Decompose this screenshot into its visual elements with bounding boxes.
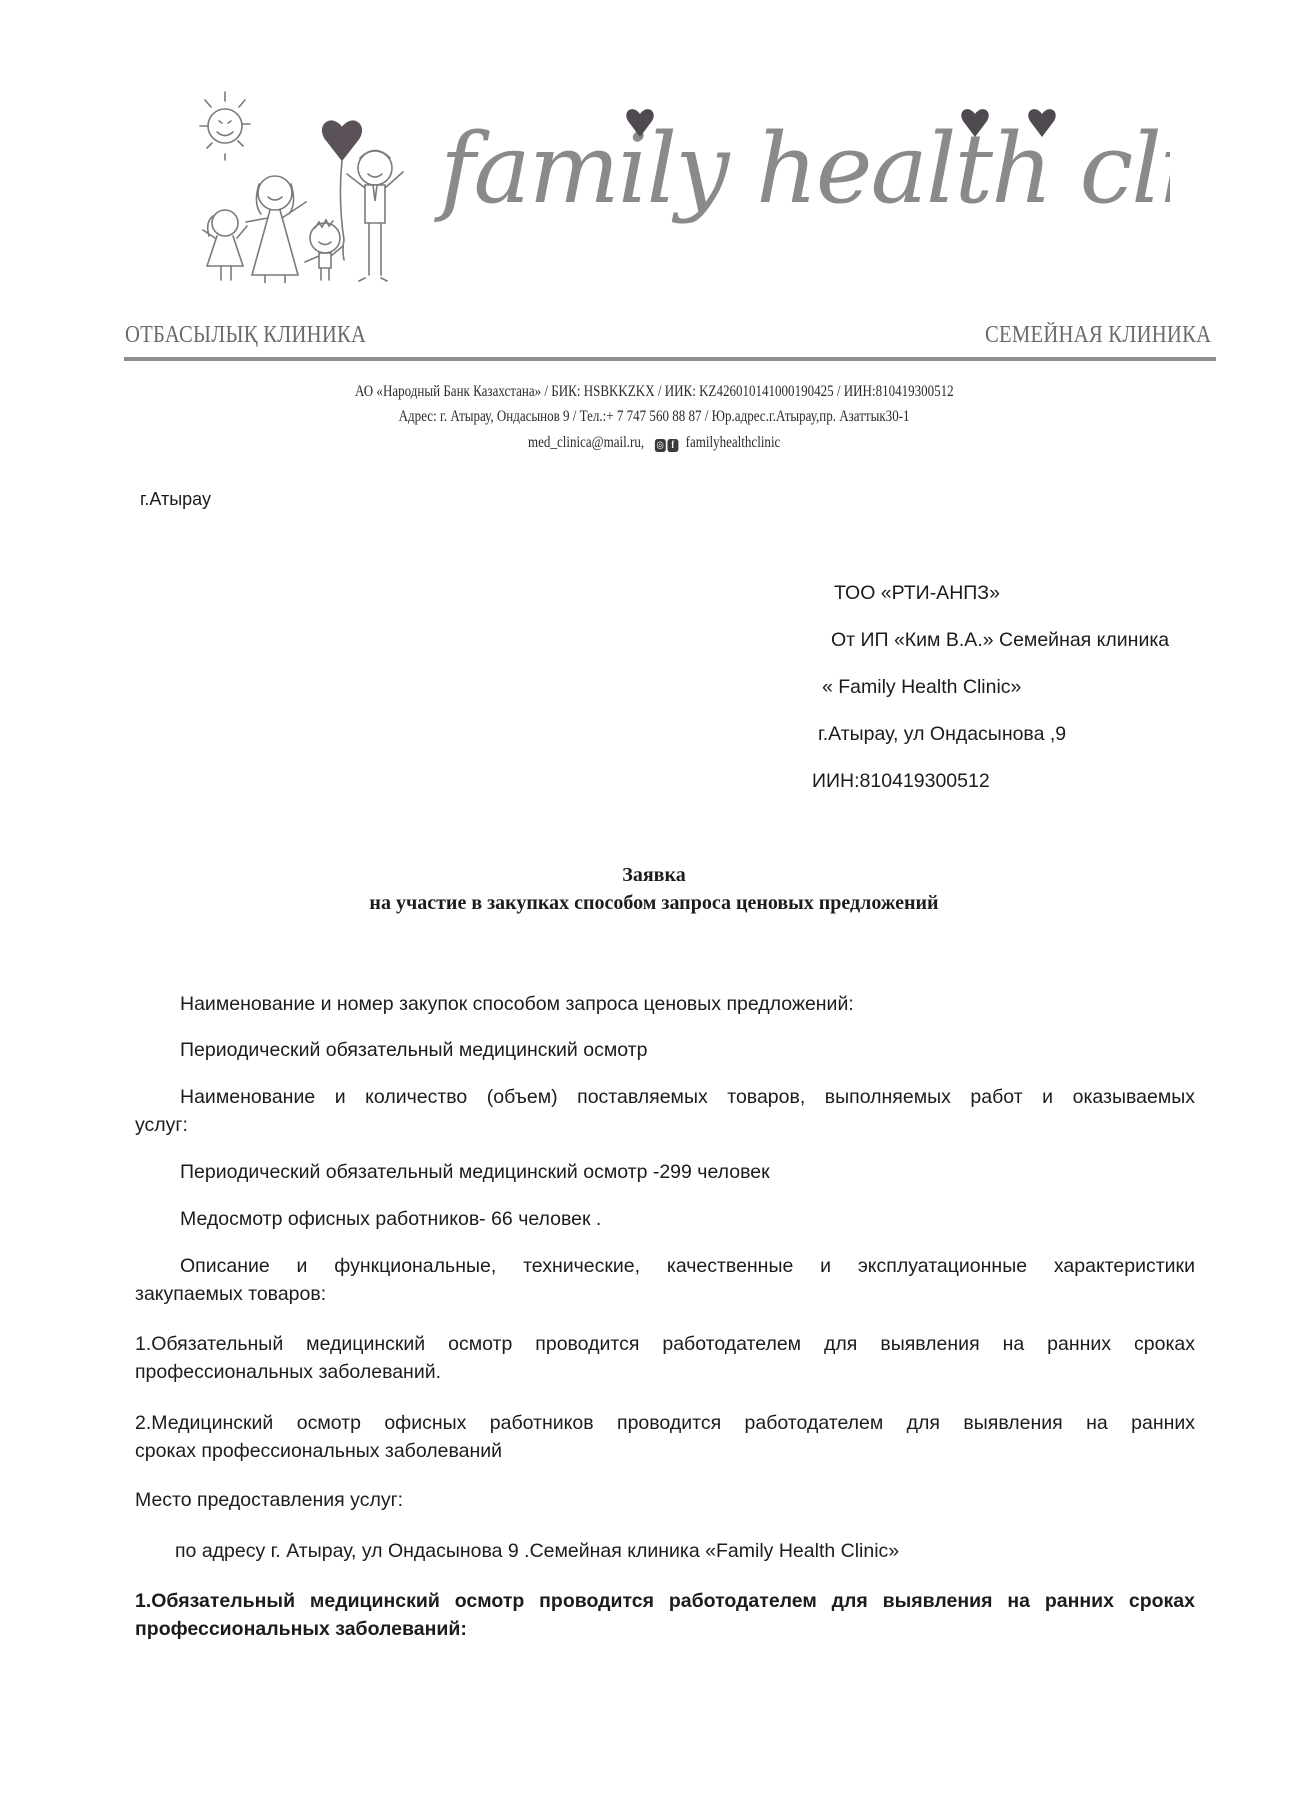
paragraph-quantity-periodic: Периодический обязательный медицинский о… xyxy=(180,1158,770,1186)
addressee-clinic-name: « Family Health Clinic» xyxy=(822,676,1021,699)
paragraph-item-2: 2.Медицинский осмотр офисных работников … xyxy=(135,1409,1195,1465)
header-label-russian: СЕМЕЙНАЯ КЛИНИКА xyxy=(985,322,1211,349)
family-figures-logo-icon xyxy=(195,88,435,283)
addressee-recipient: ТОО «РТИ-АНПЗ» xyxy=(834,582,1000,605)
paragraph-quantity-office: Медосмотр офисных работников- 66 человек… xyxy=(180,1205,601,1233)
paragraph-item-1-bold: 1.Обязательный медицинский осмотр провод… xyxy=(135,1587,1195,1643)
family-health-clinic-wordmark: family health clinic xyxy=(430,92,1170,282)
addressee-sender: От ИП «Ким В.А.» Семейная клиника xyxy=(831,629,1169,652)
heart-balloon-icon xyxy=(323,121,362,160)
bank-details-text: АО «Народный Банк Казахстана» / БИК: HSB… xyxy=(355,383,954,401)
bank-details-line: АО «Народный Банк Казахстана» / БИК: HSB… xyxy=(0,383,1308,401)
paragraph-line: профессиональных заболеваний. xyxy=(135,1361,441,1383)
address-details-text: Адрес: г. Атырау, Ондасынов 9 / Тел.:+ 7… xyxy=(399,408,910,426)
social-handle: familyhealthclinic xyxy=(685,434,780,451)
paragraph-procurement-name-label: Наименование и номер закупок способом за… xyxy=(180,990,854,1018)
paragraph-item-1: 1.Обязательный медицинский осмотр провод… xyxy=(135,1330,1195,1386)
paragraph-line: Наименование и количество (объем) постав… xyxy=(135,1083,1195,1111)
header-divider xyxy=(124,357,1216,361)
paragraph-line: профессиональных заболеваний: xyxy=(135,1618,467,1640)
paragraph-goods-quantity-label: Наименование и количество (объем) постав… xyxy=(135,1083,1195,1139)
paragraph-line: закупаемых товаров: xyxy=(135,1283,326,1305)
city-label: г.Атырау xyxy=(140,489,211,510)
contact-line: med_clinica@mail.ru, ◎f familyhealthclin… xyxy=(0,434,1308,452)
paragraph-procurement-name: Периодический обязательный медицинский о… xyxy=(180,1036,647,1064)
paragraph-line: 1.Обязательный медицинский осмотр провод… xyxy=(135,1330,1195,1358)
document-subtitle: на участие в закупках способом запроса ц… xyxy=(0,892,1308,915)
paragraph-line: услуг: xyxy=(135,1114,188,1136)
paragraph-line: 2.Медицинский осмотр офисных работников … xyxy=(135,1409,1195,1437)
addressee-iin: ИИН:810419300512 xyxy=(812,770,990,793)
paragraph-line: Описание и функциональные, технические, … xyxy=(135,1252,1195,1280)
email-link[interactable]: med_clinica@mail.ru, xyxy=(528,434,644,451)
sun-icon xyxy=(200,92,250,160)
paragraph-service-location-label: Место предоставления услуг: xyxy=(135,1486,1195,1514)
paragraph-line: сроках профессиональных заболеваний xyxy=(135,1440,502,1462)
instagram-icon[interactable]: ◎ xyxy=(655,439,666,452)
paragraph-line: 1.Обязательный медицинский осмотр провод… xyxy=(135,1587,1195,1615)
paragraph-service-location: по адресу г. Атырау, ул Ондасынова 9 .Се… xyxy=(175,1537,899,1565)
paragraph-characteristics-label: Описание и функциональные, технические, … xyxy=(135,1252,1195,1308)
logo-script-text: family health clinic xyxy=(434,113,1170,225)
header-label-kazakh: ОТБАСЫЛЫҚ КЛИНИКА xyxy=(125,322,366,349)
document-title: Заявка xyxy=(0,864,1308,887)
address-details-line: Адрес: г. Атырау, Ондасынов 9 / Тел.:+ 7… xyxy=(0,408,1308,426)
facebook-icon[interactable]: f xyxy=(667,439,678,452)
addressee-address: г.Атырау, ул Ондасынова ,9 xyxy=(818,723,1066,746)
